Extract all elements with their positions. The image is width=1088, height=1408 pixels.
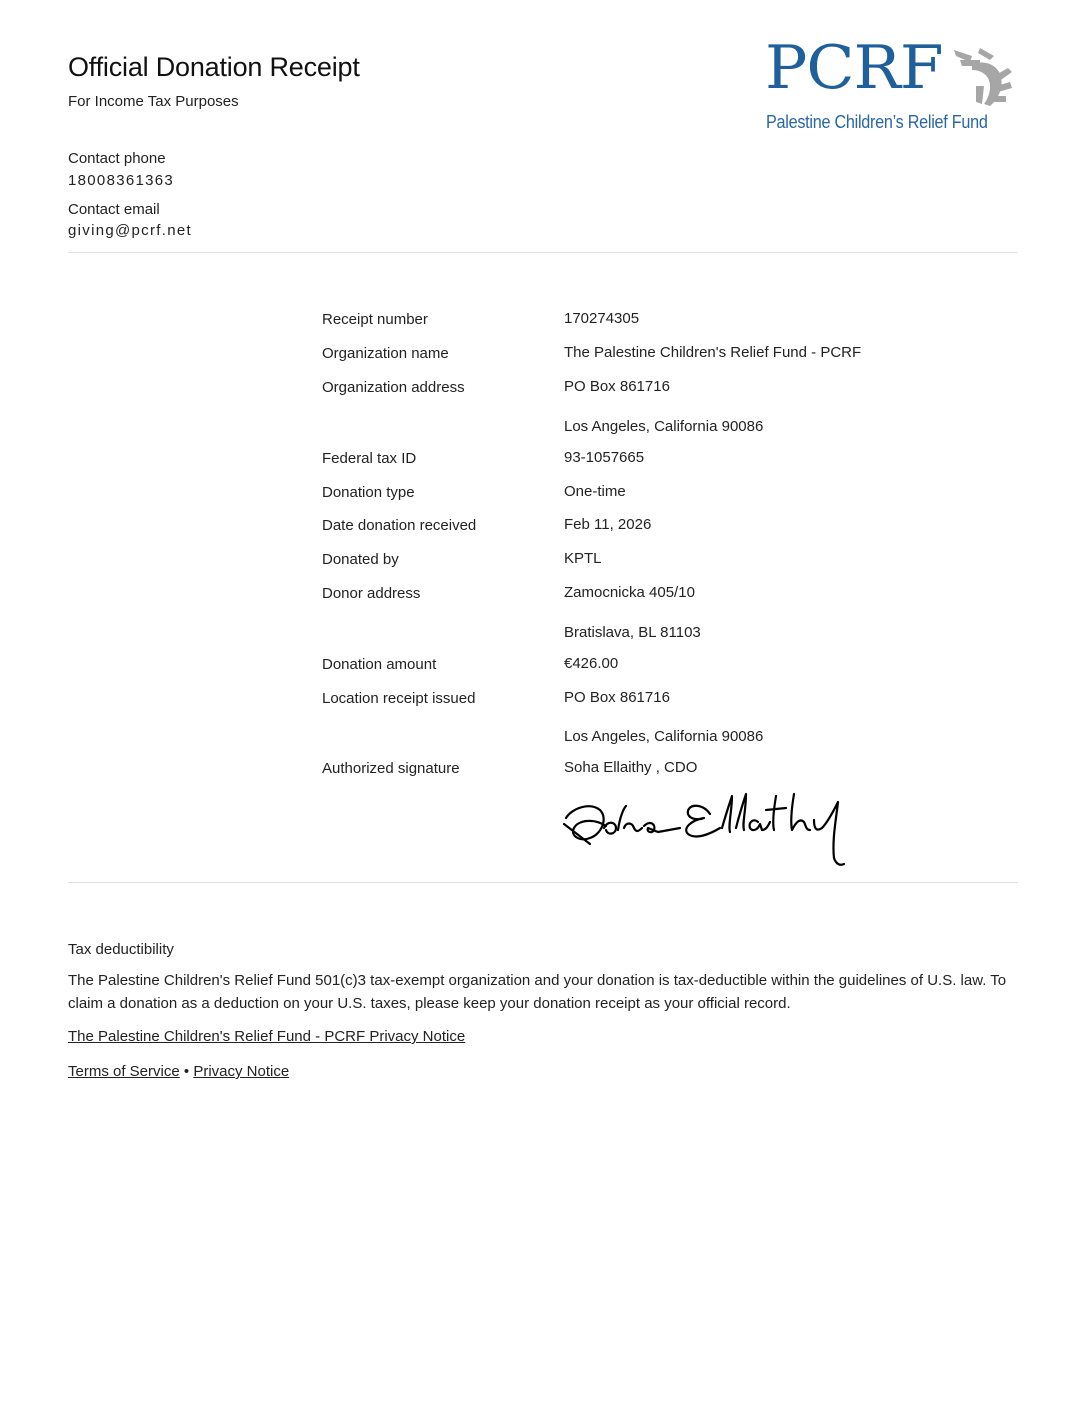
receipt-row-value: PO Box 861716	[564, 689, 670, 706]
receipt-row-value: Soha Ellaithy , CDO	[564, 759, 697, 776]
receipt-row-label: Receipt number	[322, 311, 428, 328]
terms-of-service-link[interactable]: Terms of Service	[68, 1063, 180, 1080]
receipt-row-value: The Palestine Children's Relief Fund - P…	[564, 344, 861, 361]
footer-links: Terms of Service • Privacy Notice	[68, 1063, 289, 1080]
receipt-row-label: Location receipt issued	[322, 690, 475, 707]
contact-email-value: giving@pcrf.net	[68, 222, 192, 239]
header-divider	[68, 252, 1018, 253]
receipt-row-label: Donation type	[322, 484, 415, 501]
tax-deductibility-heading: Tax deductibility	[68, 941, 174, 958]
receipt-row-label: Date donation received	[322, 517, 476, 534]
receipt-row-value: KPTL	[564, 550, 602, 567]
page-title: Official Donation Receipt	[68, 52, 360, 83]
receipt-row-label: Donated by	[322, 551, 399, 568]
receipt-row-value: Bratislava, BL 81103	[564, 624, 701, 641]
receipt-row-value: One-time	[564, 483, 626, 500]
receipt-row-value: 170274305	[564, 310, 639, 327]
receipt-row-value: PO Box 861716	[564, 378, 670, 395]
logo-wordmark: PCRF	[765, 38, 943, 98]
org-privacy-notice-link[interactable]: The Palestine Children's Relief Fund - P…	[68, 1028, 465, 1045]
tax-deductibility-text: The Palestine Children's Relief Fund 501…	[68, 969, 1018, 1015]
link-separator: •	[184, 1063, 189, 1080]
receipt-row-value: Los Angeles, California 90086	[564, 418, 763, 435]
contact-email-label: Contact email	[68, 201, 160, 218]
signature-image	[560, 788, 880, 870]
receipt-row-label: Authorized signature	[322, 760, 460, 777]
privacy-notice-link[interactable]: Privacy Notice	[193, 1063, 289, 1080]
receipt-row-label: Organization name	[322, 345, 449, 362]
hands-icon	[950, 46, 1015, 110]
details-divider	[68, 882, 1018, 883]
receipt-row-label: Federal tax ID	[322, 450, 416, 467]
receipt-row-label: Organization address	[322, 379, 465, 396]
receipt-row-label: Donation amount	[322, 656, 436, 673]
receipt-row-value: Feb 11, 2026	[564, 516, 651, 533]
contact-phone-value: 18008361363	[68, 172, 174, 189]
page-subtitle: For Income Tax Purposes	[68, 93, 239, 110]
contact-phone-label: Contact phone	[68, 150, 166, 167]
receipt-row-label: Donor address	[322, 585, 420, 602]
receipt-row-value: Los Angeles, California 90086	[564, 728, 763, 745]
pcrf-logo: PCRF Palestine Children’s Relief Fund	[765, 44, 1015, 139]
logo-tagline: Palestine Children’s Relief Fund	[766, 112, 988, 133]
receipt-row-value: Zamocnicka 405/10	[564, 584, 695, 601]
receipt-row-value: 93-1057665	[564, 449, 644, 466]
receipt-row-value: €426.00	[564, 655, 618, 672]
